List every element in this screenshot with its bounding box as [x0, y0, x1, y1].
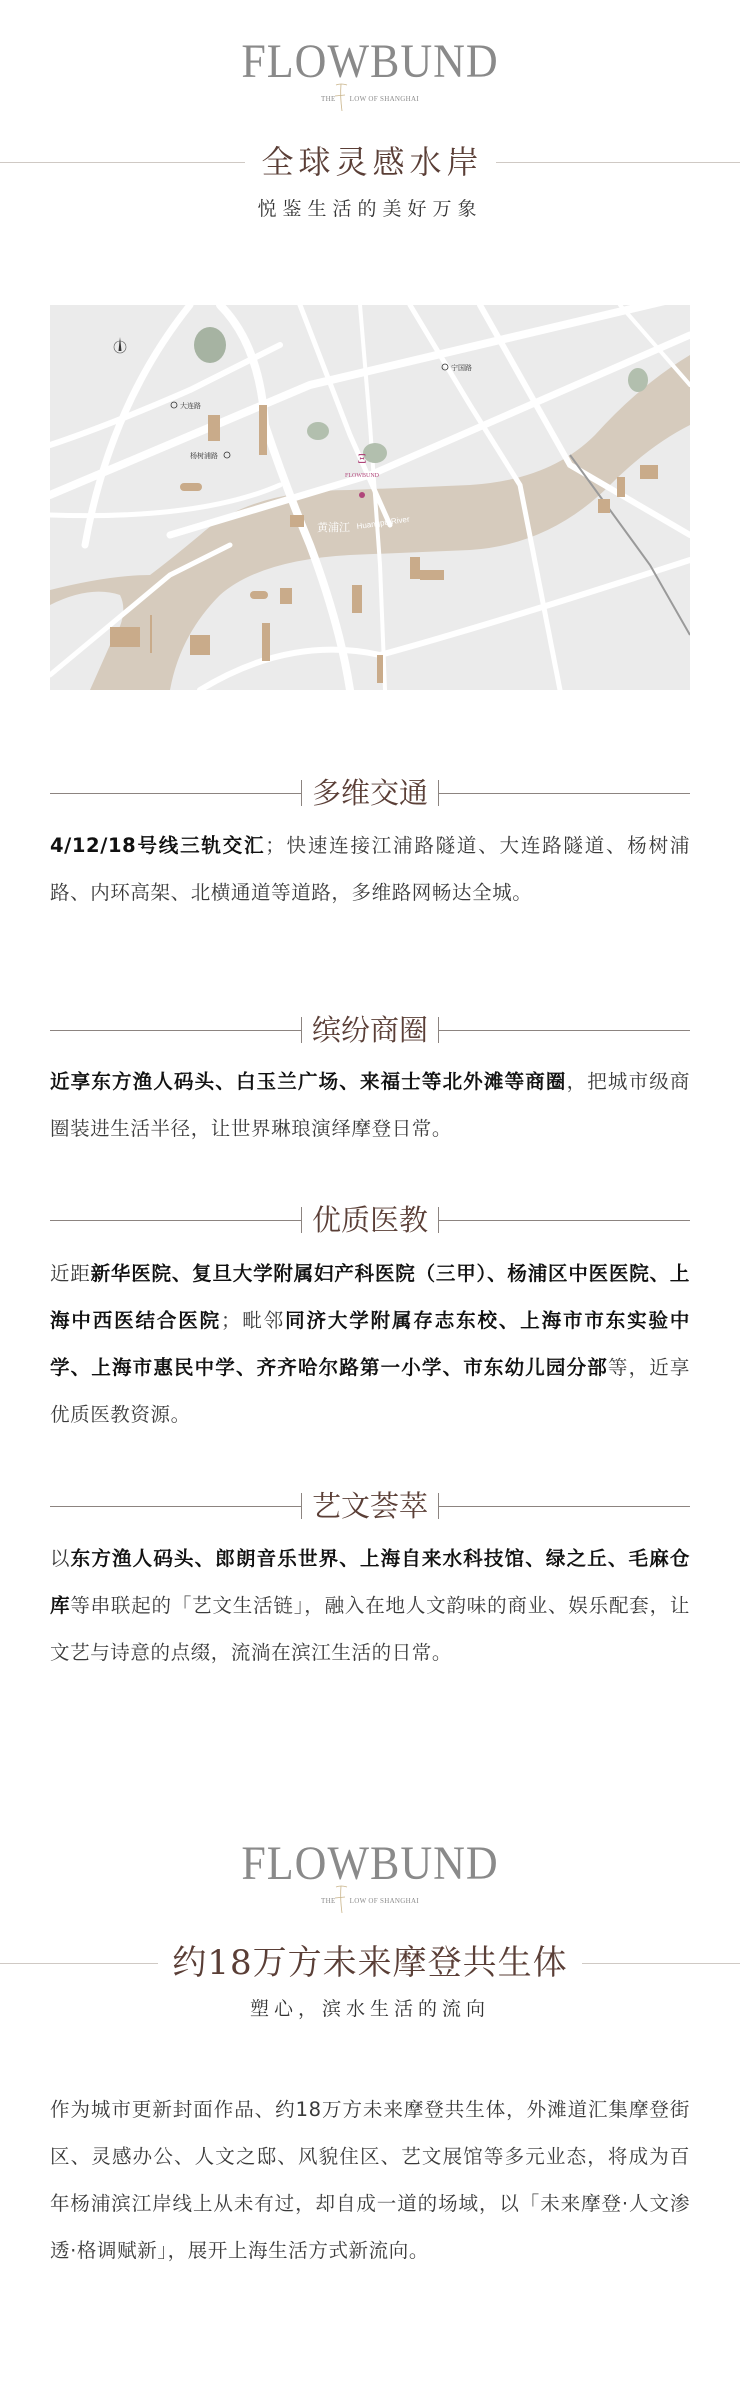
divider-line-left [0, 1963, 158, 1964]
bold-text: 近享东方渔人码头、白玉兰广场、来福士等北外滩等商圈 [50, 1070, 567, 1093]
section-paragraph-arts: 以东方渔人码头、郎朗音乐世界、上海自来水科技馆、绿之丘、毛麻仓库等串联起的「艺文… [50, 1535, 690, 1676]
hero-title: 全球灵感水岸 [245, 142, 496, 182]
map-graphic: Ξ FLOWBUND 大连路 杨树浦路 宁国路 黄浦江 Huangpu Rive… [50, 305, 690, 690]
divider-line [50, 793, 301, 794]
second-title: 约18万方未来摩登共生体 [158, 1943, 581, 1983]
hero-subtitle: 悦鉴生活的美好万象 [0, 196, 740, 222]
svg-text:FLOWBUND: FLOWBUND [345, 473, 380, 479]
flowbund-logo-2: FLOWBUND THE LOW OF SHANGHAI [0, 1840, 740, 1912]
tagline-suffix: LOW OF SHANGHAI [350, 95, 419, 103]
divider-line-right [582, 1963, 740, 1964]
logo-tagline: THE LOW OF SHANGHAI [0, 1890, 740, 1912]
svg-text:大连路: 大连路 [180, 401, 201, 410]
section-header-medical-education: 优质医教 [50, 1200, 690, 1240]
divider-line [50, 1220, 301, 1221]
section-title: 缤纷商圈 [302, 1012, 438, 1048]
svg-text:Ξ: Ξ [357, 452, 366, 467]
body-text: ；毗邻 [221, 1309, 285, 1332]
divider-line-left [0, 162, 245, 163]
divider-line [439, 793, 690, 794]
second-paragraph: 作为城市更新封面作品、约18万方未来摩登共生体，外滩道汇集摩登街区、灵感办公、人… [50, 2086, 690, 2274]
river-label-cn: 黄浦江 [317, 520, 350, 534]
section-header-transport: 多维交通 [50, 773, 690, 813]
section-paragraph-shopping: 近享东方渔人码头、白玉兰广场、来福士等北外滩等商圈，把城市级商圈装进生活半径，让… [50, 1058, 690, 1152]
body-text: 以 [50, 1547, 71, 1570]
logo-tagline: THE LOW OF SHANGHAI [0, 88, 740, 110]
section-paragraph-medical-education: 近距新华医院、复旦大学附属妇产科医院（三甲）、杨浦区中医医院、上海中西医结合医院… [50, 1250, 690, 1438]
divider-line [50, 1030, 301, 1031]
section-title: 多维交通 [302, 775, 438, 811]
bold-text: 4/12/18号线三轨交汇 [50, 834, 265, 857]
flowbund-logo: FLOWBUND THE LOW OF SHANGHAI [0, 38, 740, 110]
svg-text:杨树浦路: 杨树浦路 [190, 451, 218, 460]
park-marker [194, 327, 226, 363]
second-subtitle: 塑心，滨水生活的流向 [0, 1996, 740, 2022]
section-title: 优质医教 [302, 1202, 438, 1238]
svg-text:宁国路: 宁国路 [451, 363, 472, 372]
f-monogram-icon [334, 82, 348, 112]
f-monogram-icon [334, 1884, 348, 1914]
logo-wordmark: FLOWBUND [0, 1838, 740, 1890]
body-text: 近距 [50, 1262, 91, 1285]
second-heading: 约18万方未来摩登共生体 [0, 1943, 740, 1983]
body-text: 等串联起的「艺文生活链」，融入在地人文韵味的商业、娱乐配套，让文艺与诗意的点缀，… [50, 1594, 690, 1664]
section-paragraph-transport: 4/12/18号线三轨交汇；快速连接江浦路隧道、大连路隧道、杨树浦路、内环高架、… [50, 822, 690, 916]
tagline-suffix: LOW OF SHANGHAI [350, 1897, 419, 1905]
section-header-shopping: 缤纷商圈 [50, 1010, 690, 1050]
divider-line [439, 1506, 690, 1507]
section-title: 艺文荟萃 [302, 1488, 438, 1524]
logo-wordmark: FLOWBUND [0, 36, 740, 88]
hero-heading: 全球灵感水岸 [0, 142, 740, 182]
divider-line [439, 1220, 690, 1221]
divider-line [439, 1030, 690, 1031]
divider-line-right [496, 162, 740, 163]
location-map: Ξ FLOWBUND 大连路 杨树浦路 宁国路 黄浦江 Huangpu Rive… [50, 305, 690, 690]
divider-line [50, 1506, 301, 1507]
location-pin-icon [359, 492, 365, 498]
compass-icon [114, 337, 126, 353]
section-header-arts: 艺文荟萃 [50, 1486, 690, 1526]
